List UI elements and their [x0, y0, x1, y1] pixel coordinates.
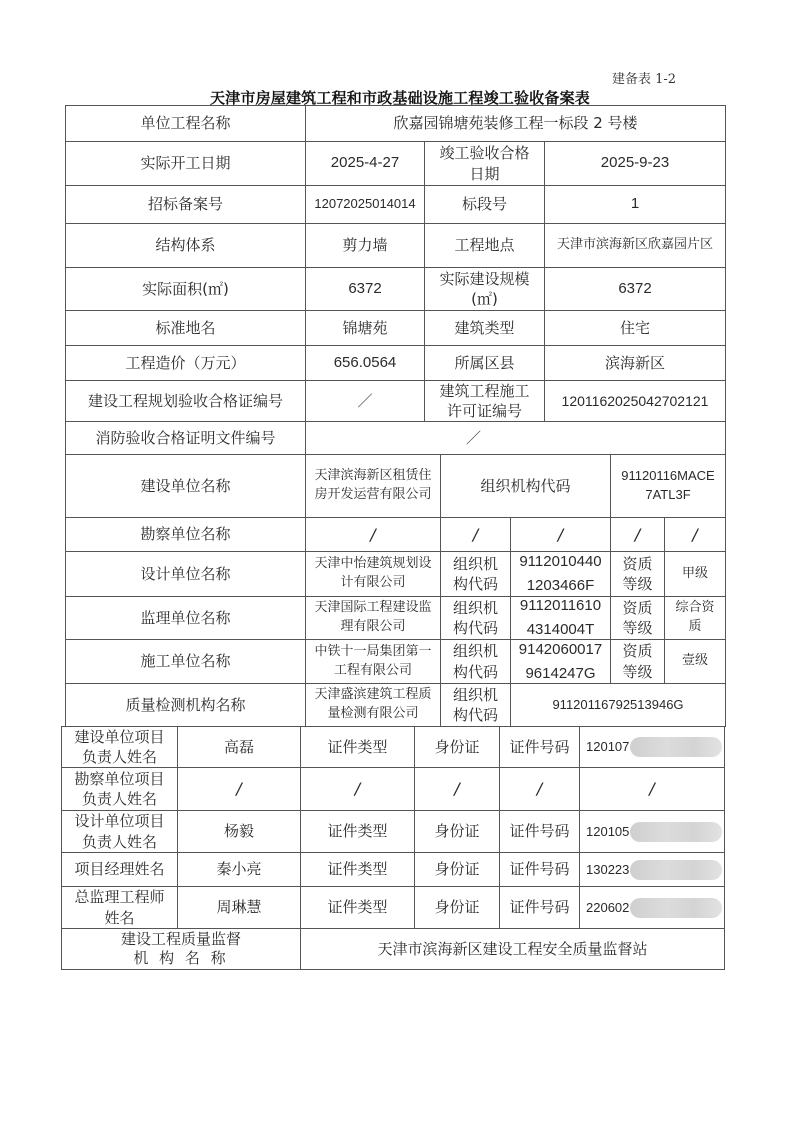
label-supervision-station: 建设工程质量监督 机 构 名 称: [61, 928, 301, 970]
redaction-blur: [630, 860, 722, 880]
label-id-no: /: [499, 767, 580, 811]
value-cost: 656.0564: [305, 345, 425, 381]
form-code: 建备表 1-2: [612, 68, 676, 87]
value-construction-unit: 中铁十一局集团第一工程有限公司: [305, 639, 441, 684]
value-id-type: 身份证: [414, 886, 500, 929]
value-unit-name: 欣嘉园锦塘苑装修工程一标段 2 号楼: [305, 105, 726, 142]
label-location: 工程地点: [424, 223, 545, 268]
value-area: 6372: [305, 267, 425, 311]
label-id-no: 证件号码: [499, 810, 580, 853]
value-builder-org-code: 91120116MACE7ATL3F: [610, 454, 726, 518]
value-acceptance-date: 2025-9-23: [544, 141, 726, 186]
value-builder-pm-name: 高磊: [177, 726, 301, 768]
value-construction-permit: 1201162025042702121: [544, 380, 726, 422]
value-id-type: /: [414, 767, 500, 811]
value-design-pm-name: 杨毅: [177, 810, 301, 853]
label-supervision-unit: 监理单位名称: [65, 596, 306, 640]
value-id-no: 120105: [579, 810, 725, 853]
label-structure: 结构体系: [65, 223, 306, 268]
label-construction-permit: 建筑工程施工许可证编号: [424, 380, 545, 422]
label-scale: 实际建设规模(㎡): [424, 267, 545, 311]
label-supervision-org-code: 组织机构代码: [440, 596, 511, 640]
value-id-type: 身份证: [414, 852, 500, 887]
label-project-manager: 项目经理姓名: [61, 852, 178, 887]
value-id-no: /: [579, 767, 725, 811]
value-construction-qualification: 壹级: [664, 639, 726, 684]
label-id-no: 证件号码: [499, 852, 580, 887]
label-design-pm: 设计单位项目负责人姓名: [61, 810, 178, 853]
label-id-type: /: [300, 767, 415, 811]
label-supervision-qualification: 资质等级: [610, 596, 665, 640]
label-testing-agency: 质量检测机构名称: [65, 683, 306, 727]
value-standard-name: 锦塘苑: [305, 310, 425, 346]
value-construction-org-code: 91420600179614247G: [510, 639, 611, 684]
value-scale: 6372: [544, 267, 726, 311]
label-line-1: 建设工程质量监督: [121, 930, 241, 950]
value-design-qualification: 甲级: [664, 551, 726, 597]
redaction-blur: [630, 898, 722, 918]
label-district: 所属区县: [424, 345, 545, 381]
redaction-blur: [630, 737, 722, 757]
value-chief-supervisor-name: 周琳慧: [177, 886, 301, 929]
label-design-unit: 设计单位名称: [65, 551, 306, 597]
value-location: 天津市滨海新区欣嘉园片区: [544, 223, 726, 268]
label-survey-org-code: /: [440, 517, 511, 552]
value-supervision-qualification: 综合资质: [664, 596, 726, 640]
value-project-manager-name: 秦小亮: [177, 852, 301, 887]
value-fire-cert: ／: [305, 421, 726, 455]
value-survey-qualification: /: [664, 517, 726, 552]
value-builder-unit: 天津滨海新区租赁住房开发运营有限公司: [305, 454, 441, 518]
value-id-no: 130223: [579, 852, 725, 887]
id-no-visible-prefix: 130223: [586, 861, 629, 879]
label-id-no: 证件号码: [499, 886, 580, 929]
label-survey-pm: 勘察单位项目负责人姓名: [61, 767, 178, 811]
label-id-type: 证件类型: [300, 810, 415, 853]
label-design-org-code: 组织机构代码: [440, 551, 511, 597]
label-building-type: 建筑类型: [424, 310, 545, 346]
value-building-type: 住宅: [544, 310, 726, 346]
label-builder-org-code: 组织机构代码: [440, 454, 611, 518]
label-fire-cert: 消防验收合格证明文件编号: [65, 421, 306, 455]
label-standard-name: 标准地名: [65, 310, 306, 346]
value-design-unit: 天津中怡建筑规划设计有限公司: [305, 551, 441, 597]
id-no-visible-prefix: 120105: [586, 823, 629, 841]
label-bid-record: 招标备案号: [65, 185, 306, 224]
value-id-no: 120107: [579, 726, 725, 768]
value-section-no: 1: [544, 185, 726, 224]
label-id-type: 证件类型: [300, 726, 415, 768]
label-design-qualification: 资质等级: [610, 551, 665, 597]
value-planning-cert: ／: [305, 380, 425, 422]
value-testing-agency: 天津盛滨建筑工程质量检测有限公司: [305, 683, 441, 727]
value-supervision-unit: 天津国际工程建设监理有限公司: [305, 596, 441, 640]
label-id-no: 证件号码: [499, 726, 580, 768]
label-acceptance-date: 竣工验收合格日期: [424, 141, 545, 186]
value-survey-unit: /: [305, 517, 441, 552]
value-supervision-org-code: 91120116104314004T: [510, 596, 611, 640]
label-start-date: 实际开工日期: [65, 141, 306, 186]
label-id-type: 证件类型: [300, 886, 415, 929]
label-area: 实际面积(㎡): [65, 267, 306, 311]
label-construction-qualification: 资质等级: [610, 639, 665, 684]
value-design-org-code: 91120104401203466F: [510, 551, 611, 597]
label-chief-supervisor: 总监理工程师姓名: [61, 886, 178, 929]
redaction-blur: [630, 822, 722, 842]
value-survey-org-code: /: [510, 517, 611, 552]
value-testing-org-code: 91120116792513946G: [510, 683, 726, 727]
id-no-visible-prefix: 220602: [586, 899, 629, 917]
value-id-type: 身份证: [414, 726, 500, 768]
label-survey-unit: 勘察单位名称: [65, 517, 306, 552]
label-builder-pm: 建设单位项目负责人姓名: [61, 726, 178, 768]
label-builder-unit: 建设单位名称: [65, 454, 306, 518]
value-id-no: 220602: [579, 886, 725, 929]
value-district: 滨海新区: [544, 345, 726, 381]
label-id-type: 证件类型: [300, 852, 415, 887]
label-testing-org-code: 组织机构代码: [440, 683, 511, 727]
value-supervision-station: 天津市滨海新区建设工程安全质量监督站: [300, 928, 725, 970]
label-section-no: 标段号: [424, 185, 545, 224]
value-survey-pm-name: /: [177, 767, 301, 811]
value-start-date: 2025-4-27: [305, 141, 425, 186]
label-cost: 工程造价（万元）: [65, 345, 306, 381]
label-construction-unit: 施工单位名称: [65, 639, 306, 684]
label-unit-name: 单位工程名称: [65, 105, 306, 142]
id-no-visible-prefix: 120107: [586, 738, 629, 756]
label-planning-cert: 建设工程规划验收合格证编号: [65, 380, 306, 422]
value-structure: 剪力墙: [305, 223, 425, 268]
label-survey-qualification: /: [610, 517, 665, 552]
label-line-2: 机 构 名 称: [133, 949, 228, 969]
value-bid-record: 12072025014014: [305, 185, 425, 224]
value-id-type: 身份证: [414, 810, 500, 853]
label-construction-org-code: 组织机构代码: [440, 639, 511, 684]
